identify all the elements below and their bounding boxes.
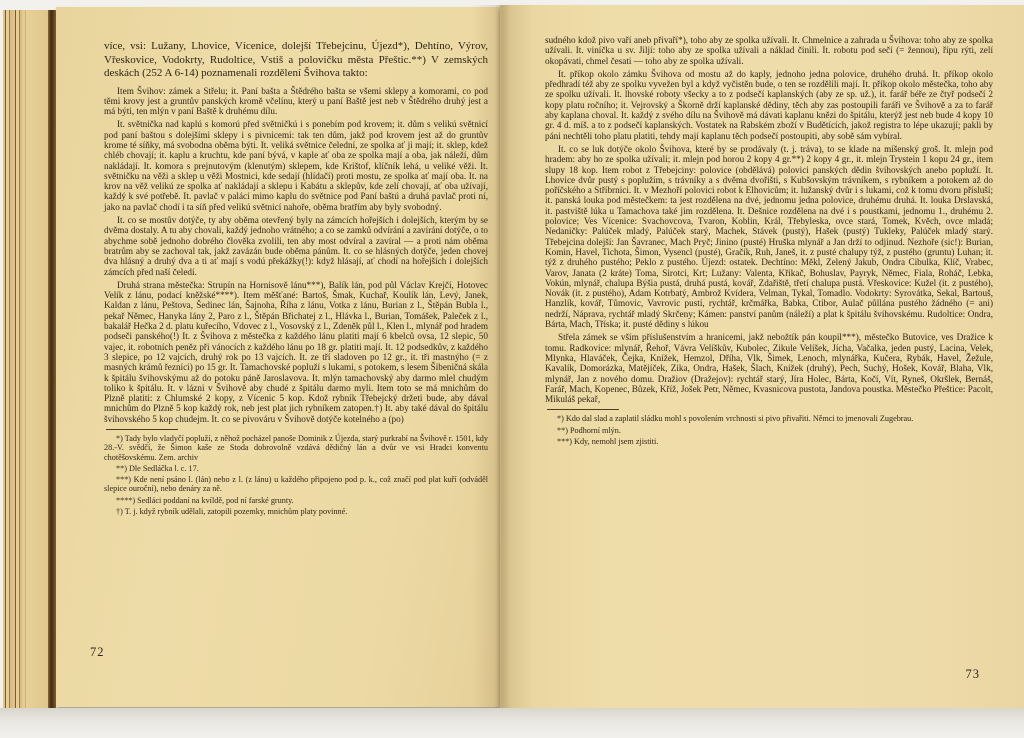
- footnote: *) Tady bylo vladyčí popluží, z něhož po…: [104, 434, 488, 462]
- right-page-paragraph: Střela zámek se vším příslušenstvím a hr…: [545, 332, 993, 404]
- footnote: ***) Kdy, nemohl jsem zjistiti.: [545, 437, 993, 446]
- right-page-paragraph: It. co se luk dotýče okolo Švihova, kter…: [545, 144, 993, 329]
- left-page-paragraph: It. světnička nad kaplú s komorú před sv…: [104, 119, 488, 212]
- left-page-intro: více, vsi: Lužany, Lhovice, Vícenice, do…: [104, 40, 488, 81]
- left-page: více, vsi: Lužany, Lhovice, Vícenice, do…: [56, 7, 500, 707]
- page-number: 73: [966, 667, 981, 682]
- left-page-paragraph: Druhá strana městečka: Strupín na Hornis…: [104, 280, 488, 424]
- page-number: 72: [90, 645, 105, 660]
- right-page-paragraph: It. příkop okolo zámku Švihova od mostu …: [545, 69, 993, 141]
- left-page-paragraph: It. co se mostův dotýče, ty aby oběma ot…: [104, 215, 488, 277]
- scan-background: [0, 708, 1024, 738]
- footnote: **) Podhorní mlýn.: [545, 426, 993, 435]
- left-page-paragraph: Item Švihov: zámek a Střelu; it. Paní ba…: [104, 86, 488, 117]
- right-page-paragraph: sudného kdož pivo vaří aneb přivaří*), t…: [545, 35, 993, 66]
- footnote: **) Dle Sedláčka l. c. 17.: [104, 464, 488, 473]
- book-scan: více, vsi: Lužany, Lhovice, Vícenice, do…: [0, 0, 1024, 738]
- left-page-text: více, vsi: Lužany, Lhovice, Vícenice, do…: [104, 40, 488, 518]
- footnote: ***) Kde není psáno l. (lán) nebo z l. (…: [104, 475, 488, 494]
- footnote-divider: [547, 409, 619, 410]
- right-page: sudného kdož pivo vaří aneb přivaří*), t…: [500, 5, 1024, 708]
- footnote: ****) Sedláci poddaní na kvíldě, pod ní …: [104, 496, 488, 505]
- book-spine-edge: [48, 10, 56, 710]
- right-page-text: sudného kdož pivo vaří aneb přivaří*), t…: [545, 35, 993, 448]
- footnote-divider: [106, 429, 178, 430]
- footnote: *) Kdo dal slad a zaplatil sládku mohl s…: [545, 414, 993, 423]
- footnote: †) T. j. když rybník udělali, zatopili p…: [104, 507, 488, 516]
